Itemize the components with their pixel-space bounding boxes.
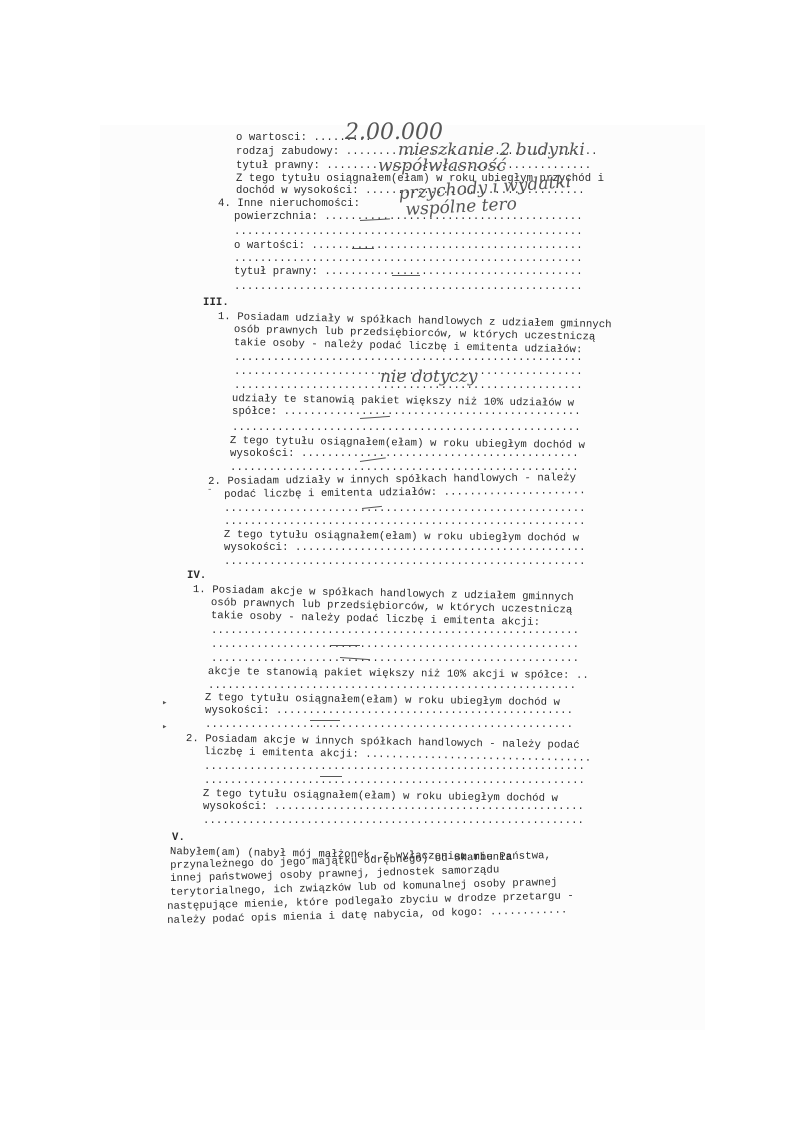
dotted-line: ........................................… <box>234 253 583 265</box>
iii-1-share-label: spółce: ................................… <box>232 406 581 418</box>
handwritten-legal-title: współwłasność <box>378 156 506 176</box>
iv-1-income-label: wysokości: .............................… <box>205 705 573 717</box>
dotted-line: ........................................… <box>211 639 579 651</box>
scan-speck: ▸ <box>162 722 167 732</box>
dotted-line: ........................................… <box>204 775 585 787</box>
dotted-line: ........................................… <box>211 625 579 637</box>
dotted-line: ........................................… <box>224 516 586 528</box>
pen-stroke <box>330 645 360 646</box>
iii-1-income-label: wysokości: .............................… <box>230 448 579 460</box>
scan-speck: ▸ <box>162 698 167 708</box>
value-label-2: o wartości: ............................… <box>234 240 583 252</box>
dotted-line: ........................................… <box>232 422 581 434</box>
handwritten-not-applicable: nie dotyczy <box>380 367 477 387</box>
pen-stroke <box>320 776 342 777</box>
dotted-line: ........................................… <box>234 281 583 293</box>
legal-title-label-2: tytuł prawny: ..........................… <box>234 266 583 278</box>
dotted-line: ........................................… <box>208 680 576 692</box>
dotted-line: ........................................… <box>205 719 573 731</box>
dotted-line: ........................................… <box>234 226 583 238</box>
section-v-heading: V. <box>172 832 185 844</box>
other-property-heading: 4. Inne nieruchomości: <box>218 198 360 210</box>
iv-2-income-label: wysokości: .............................… <box>203 801 584 813</box>
dotted-line: ........................................… <box>224 503 586 515</box>
pen-stroke <box>352 248 374 249</box>
pen-stroke <box>310 720 340 721</box>
section-iv-heading: IV. <box>187 570 206 582</box>
pen-stroke <box>392 275 420 276</box>
dotted-line: ........................................… <box>203 815 584 827</box>
dotted-line: ........................................… <box>211 653 579 665</box>
dotted-line: ........................................… <box>234 352 583 364</box>
dotted-line: ........................................… <box>204 761 585 773</box>
scan-speck: - <box>207 485 212 495</box>
dotted-line: ........................................… <box>224 556 586 568</box>
section-iii-heading: III. <box>203 297 229 309</box>
iii-2-income-label: wysokości: .............................… <box>224 542 586 554</box>
